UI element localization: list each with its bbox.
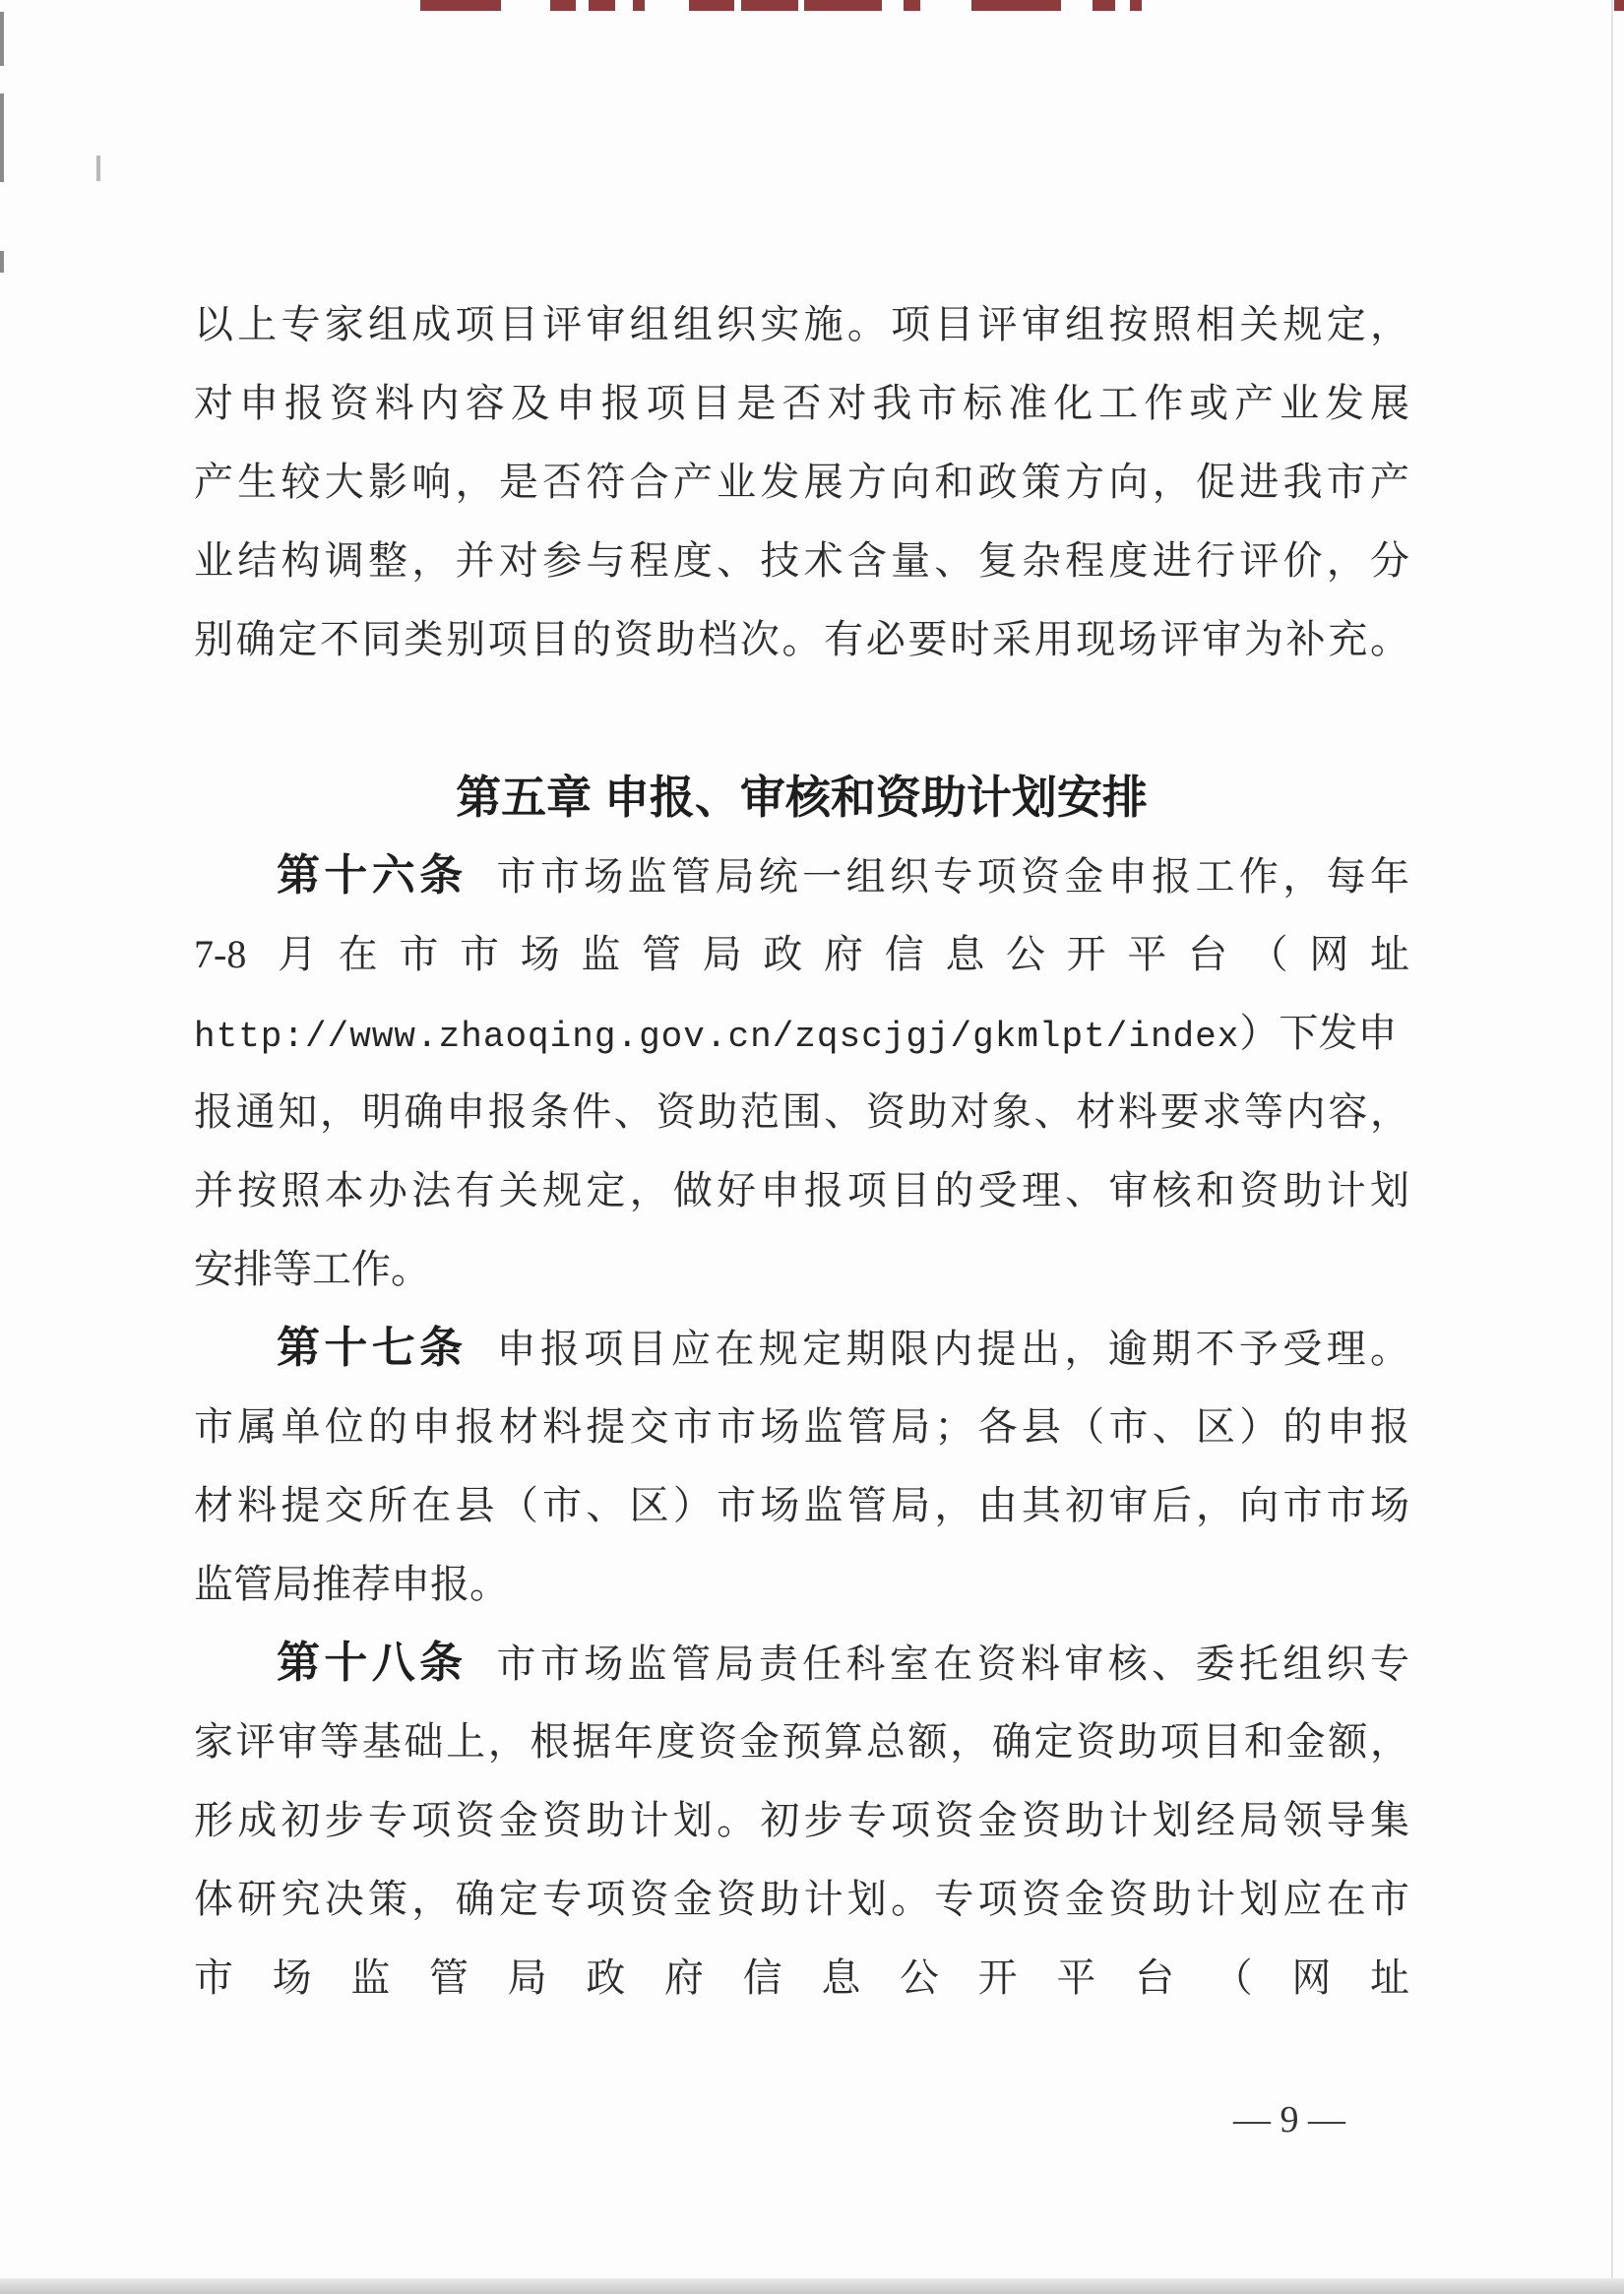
article-number: 第十七条 [277, 1324, 468, 1372]
text-line: 业结构调整，并对参与程度、技术含量、复杂程度进行评价，分 [194, 522, 1409, 600]
line-text: 对申报资料内容及申报项目是否对我市标准化工作或产业发展 [194, 381, 1409, 425]
page-number: — 9 — [1211, 2090, 1368, 2149]
scan-artifact-mark [904, 0, 920, 11]
text-line: 材料提交所在县（市、区）市场监管局，由其初审后，向市市场 [194, 1466, 1409, 1545]
line-text: 体研究决策，确定专项资金资助计划。专项资金资助计划应在市 [194, 1877, 1409, 1921]
scan-edge-right [1611, 0, 1613, 2294]
line-text: 市属单位的申报材料提交市市场监管局；各县（市、区）的申报 [194, 1404, 1409, 1449]
scan-artifact-mark [0, 93, 4, 182]
url-line: http://www.zhaoqing.gov.cn/zqscjgj/gkmlp… [194, 994, 1409, 1073]
scan-artifact-mark [420, 0, 501, 11]
article-number: 第十八条 [277, 1639, 468, 1687]
line-text: 监管局推荐申报。 [194, 1562, 509, 1606]
scan-artifact-mark [0, 12, 4, 66]
text-line: 市场监管局政府信息公开平台（网址 [194, 1939, 1409, 2017]
line-text: 报通知，明确申报条件、资助范围、资助对象、材料要求等内容， [194, 1089, 1409, 1134]
scan-artifact-mark [550, 0, 576, 11]
line-text: 市场监管局政府信息公开平台（网址 [194, 1955, 1409, 2000]
text-line: 别确定不同类别项目的资助档次。有必要时采用现场评审为补充。 [194, 600, 1409, 679]
line-text: 产生较大影响，是否符合产业发展方向和政策方向，促进我市产 [194, 460, 1409, 504]
url-text: http://www.zhaoqing.gov.cn/zqscjgj/gkmlp… [194, 1017, 1239, 1057]
line-text: 第五章 申报、审核和资助计划安排 [456, 772, 1148, 823]
text-line: 第十八条市市场监管局责任科室在资料审核、委托组织专 [194, 1624, 1409, 1703]
scan-artifact-mark [0, 251, 4, 273]
scan-artifact-mark [1614, 0, 1624, 11]
article-number: 第十六条 [277, 851, 468, 899]
line-text: 材料提交所在县（市、区）市场监管局，由其初审后，向市市场 [194, 1483, 1409, 1527]
text-line: 第十七条申报项目应在规定期限内提出，逾期不予受理。 [194, 1309, 1409, 1388]
line-text: 安排等工作。 [194, 1247, 430, 1291]
line-text: 业结构调整，并对参与程度、技术含量、复杂程度进行评价，分 [194, 538, 1409, 583]
line-text: 并按照本办法有关规定，做好申报项目的受理、审核和资助计划 [194, 1168, 1409, 1212]
scan-artifact-mark [689, 0, 734, 11]
url-line-tail: ）下发申 [1239, 1011, 1397, 1055]
text-line: 对申报资料内容及申报项目是否对我市标准化工作或产业发展 [194, 364, 1409, 443]
scan-artifact-mark [741, 0, 798, 11]
text-line: 监管局推荐申报。 [194, 1545, 1409, 1624]
scan-artifact-mark [1093, 0, 1115, 11]
line-text: 7-8 月在市市场监管局政府信息公开平台（网址 [194, 932, 1409, 976]
text-line: 第十六条市市场监管局统一组织专项资金申报工作，每年 [194, 837, 1409, 915]
text-line: 家评审等基础上，根据年度资金预算总额，确定资助项目和金额， [194, 1703, 1409, 1781]
text-line: 安排等工作。 [194, 1230, 1409, 1309]
document-page: 以上专家组成项目评审组组织实施。项目评审组按照相关规定，对申报资料内容及申报项目… [0, 0, 1624, 2294]
text-line: 7-8 月在市市场监管局政府信息公开平台（网址 [194, 915, 1409, 994]
text-line: 以上专家组成项目评审组组织实施。项目评审组按照相关规定， [194, 285, 1409, 364]
text-line: 报通知，明确申报条件、资助范围、资助对象、材料要求等内容， [194, 1073, 1409, 1151]
blank-line [194, 679, 1409, 758]
line-text: 市市场监管局统一组织专项资金申报工作，每年 [497, 854, 1410, 899]
text-line: 市属单位的申报材料提交市市场监管局；各县（市、区）的申报 [194, 1388, 1409, 1466]
scan-artifact-mark [971, 0, 1061, 11]
line-text: 申报项目应在规定期限内提出，逾期不予受理。 [497, 1327, 1410, 1371]
scan-artifact-mark [1130, 0, 1142, 11]
line-text: 别确定不同类别项目的资助档次。有必要时采用现场评审为补充。 [194, 617, 1409, 661]
document-text-block: 以上专家组成项目评审组组织实施。项目评审组按照相关规定，对申报资料内容及申报项目… [194, 285, 1409, 2017]
text-line: 并按照本办法有关规定，做好申报项目的受理、审核和资助计划 [194, 1151, 1409, 1230]
line-text: 家评审等基础上，根据年度资金预算总额，确定资助项目和金额， [194, 1719, 1409, 1764]
scan-artifact-speck [96, 155, 100, 181]
line-text: 市市场监管局责任科室在资料审核、委托组织专 [497, 1642, 1410, 1686]
text-line: 体研究决策，确定专项资金资助计划。专项资金资助计划应在市 [194, 1860, 1409, 1939]
scan-edge-bottom [0, 2278, 1624, 2294]
scan-artifact-mark [804, 0, 882, 11]
scan-artifact-mark [633, 0, 645, 11]
chapter-heading: 第五章 申报、审核和资助计划安排 [194, 758, 1409, 837]
text-line: 产生较大影响，是否符合产业发展方向和政策方向，促进我市产 [194, 443, 1409, 522]
text-line: 形成初步专项资金资助计划。初步专项资金资助计划经局领导集 [194, 1781, 1409, 1860]
scan-artifact-mark [589, 0, 615, 11]
line-text: 以上专家组成项目评审组组织实施。项目评审组按照相关规定， [194, 302, 1409, 346]
line-text: 形成初步专项资金资助计划。初步专项资金资助计划经局领导集 [194, 1798, 1409, 1842]
